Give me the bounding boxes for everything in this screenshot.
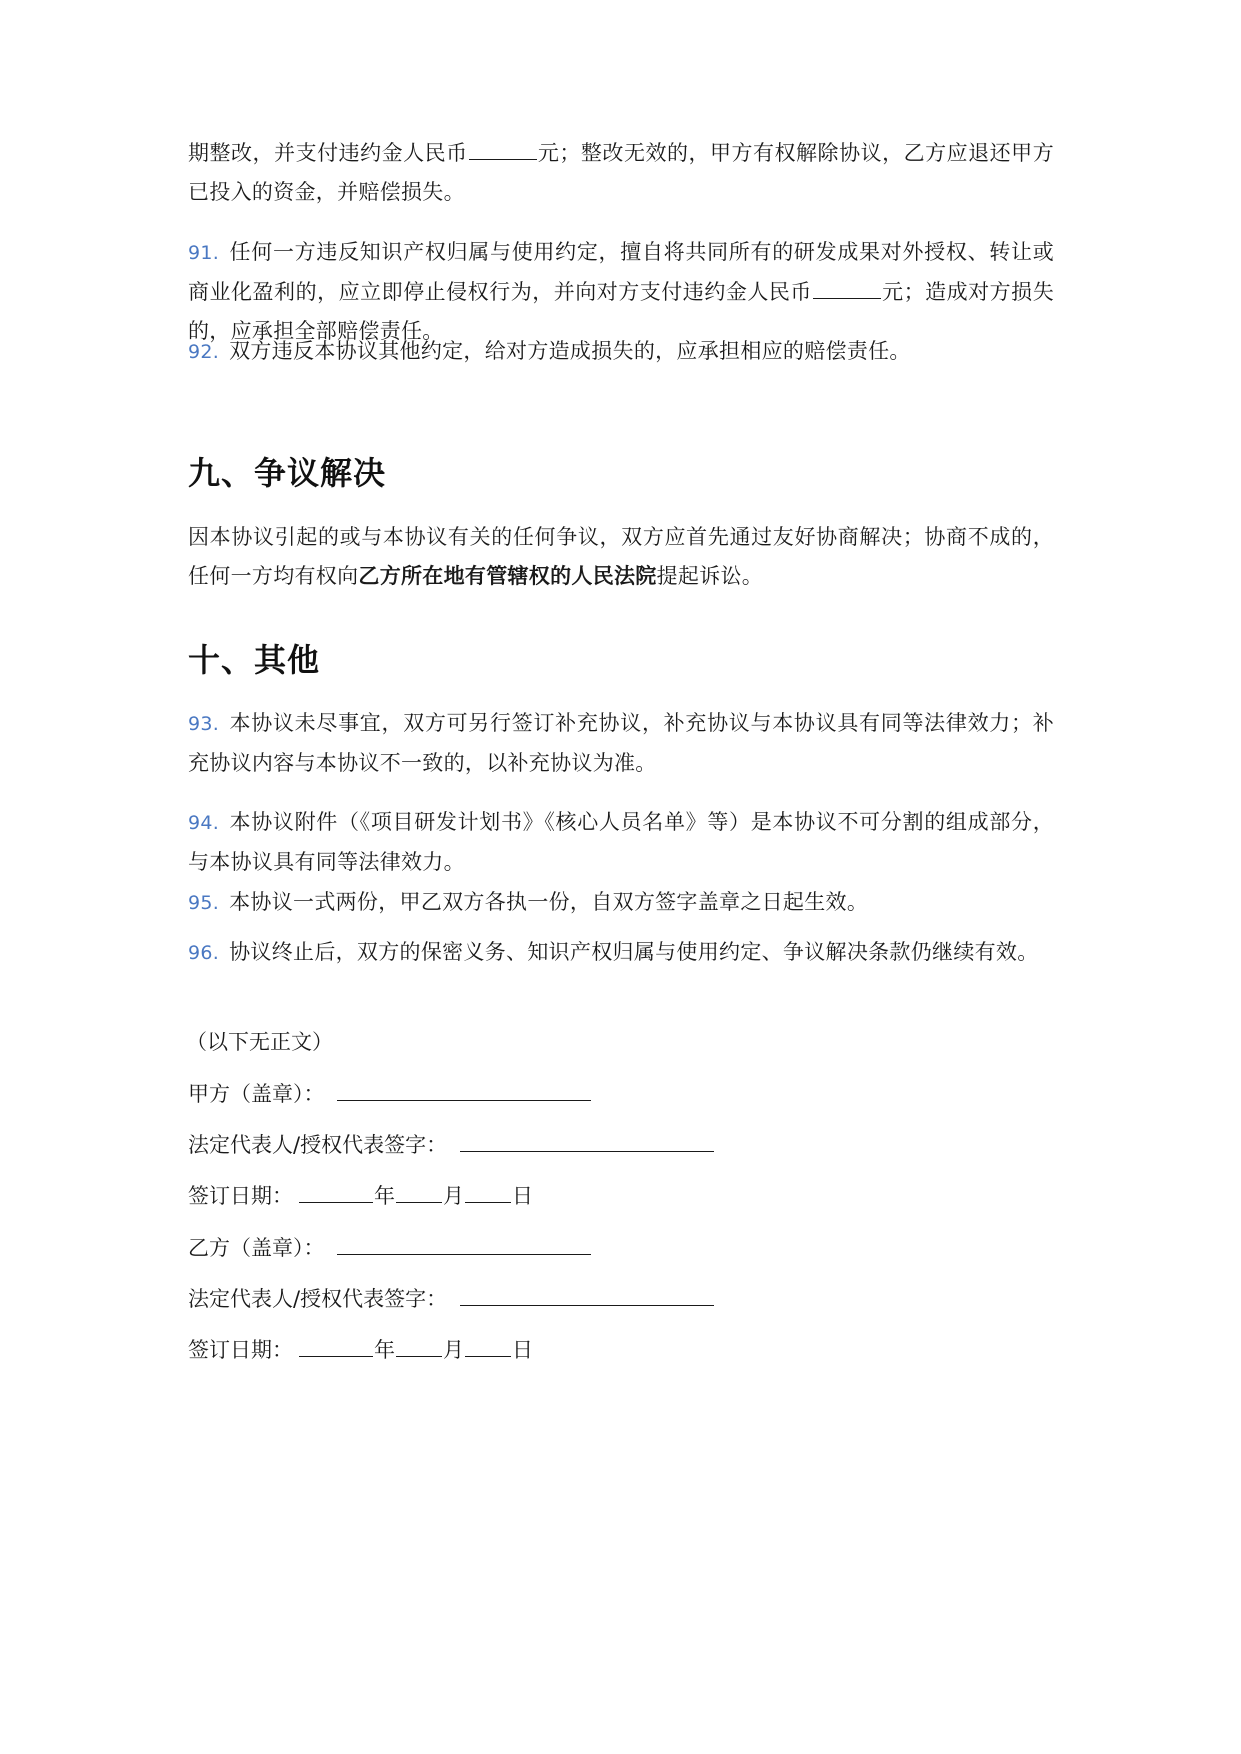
end-note: （以下无正文） bbox=[186, 1027, 333, 1057]
section-heading-dispute: 九、争议解决 bbox=[188, 448, 386, 494]
dispute-court-bold: 乙方所在地有管辖权的人民法院 bbox=[358, 564, 656, 588]
party-a-seal-row: 甲方（盖章）： bbox=[188, 1078, 592, 1109]
penalty-amount-blank[interactable] bbox=[813, 276, 881, 299]
clause-text: 本协议未尽事宜，双方可另行签订补充协议，补充协议与本协议具有同等法律效力；补充协… bbox=[188, 711, 1054, 775]
month-label: 月 bbox=[443, 1338, 464, 1362]
dispute-paragraph: 因本协议引起的或与本协议有关的任何争议，双方应首先通过友好协商解决；协商不成的，… bbox=[188, 518, 1054, 596]
party-b-rep-signature-blank[interactable] bbox=[460, 1283, 714, 1306]
party-a-seal-blank[interactable] bbox=[337, 1078, 591, 1101]
month-label: 月 bbox=[443, 1184, 464, 1208]
clause-number: 96. bbox=[188, 942, 219, 964]
clause-96: 96.协议终止后，双方的保密义务、知识产权归属与使用约定、争议解决条款仍继续有效… bbox=[188, 933, 1054, 973]
party-a-rep-row: 法定代表人/授权代表签字： bbox=[188, 1129, 715, 1160]
clause-95: 95.本协议一式两份，甲乙双方各执一份，自双方签字盖章之日起生效。 bbox=[188, 883, 1054, 923]
section-heading-other: 十、其他 bbox=[188, 635, 320, 681]
clause-number: 95. bbox=[188, 892, 219, 914]
clause-text: 协议终止后，双方的保密义务、知识产权归属与使用约定、争议解决条款仍继续有效。 bbox=[229, 940, 1038, 964]
dispute-text-2: 提起诉讼。 bbox=[657, 564, 764, 588]
party-a-day-blank[interactable] bbox=[465, 1180, 511, 1203]
party-a-rep-label: 法定代表人/授权代表签字： bbox=[188, 1133, 447, 1157]
party-b-rep-label: 法定代表人/授权代表签字： bbox=[188, 1287, 447, 1311]
party-a-rep-signature-blank[interactable] bbox=[460, 1129, 714, 1152]
clause-92: 92.双方违反本协议其他约定，给对方造成损失的，应承担相应的赔偿责任。 bbox=[188, 332, 1054, 372]
clause-number: 94. bbox=[188, 812, 219, 834]
clause-number: 92. bbox=[188, 341, 219, 363]
party-b-date-row: 签订日期：年月日 bbox=[188, 1334, 533, 1365]
clause-text: 本协议附件（《项目研发计划书》《核心人员名单》等）是本协议不可分割的组成部分，与… bbox=[188, 810, 1054, 874]
clause-93: 93.本协议未尽事宜，双方可另行签订补充协议，补充协议与本协议具有同等法律效力；… bbox=[188, 704, 1054, 783]
clause-number: 93. bbox=[188, 713, 219, 735]
year-label: 年 bbox=[374, 1184, 395, 1208]
day-label: 日 bbox=[512, 1338, 533, 1362]
continuation-text-1: 期整改，并支付违约金人民币 bbox=[188, 141, 468, 165]
party-b-rep-row: 法定代表人/授权代表签字： bbox=[188, 1283, 715, 1314]
party-b-seal-label: 乙方（盖章）： bbox=[188, 1236, 325, 1260]
party-a-month-blank[interactable] bbox=[396, 1180, 442, 1203]
party-a-year-blank[interactable] bbox=[299, 1180, 373, 1203]
party-b-year-blank[interactable] bbox=[299, 1334, 373, 1357]
party-a-date-label: 签订日期： bbox=[188, 1184, 293, 1208]
party-a-seal-label: 甲方（盖章）： bbox=[188, 1082, 325, 1106]
clause-text: 双方违反本协议其他约定，给对方造成损失的，应承担相应的赔偿责任。 bbox=[229, 339, 911, 363]
year-label: 年 bbox=[374, 1338, 395, 1362]
clause-94: 94.本协议附件（《项目研发计划书》《核心人员名单》等）是本协议不可分割的组成部… bbox=[188, 803, 1054, 882]
party-b-month-blank[interactable] bbox=[396, 1334, 442, 1357]
clause-text: 本协议一式两份，甲乙双方各执一份，自双方签字盖章之日起生效。 bbox=[229, 890, 868, 914]
day-label: 日 bbox=[512, 1184, 533, 1208]
continuation-paragraph: 期整改，并支付违约金人民币元；整改无效的，甲方有权解除协议，乙方应退还甲方已投入… bbox=[188, 134, 1054, 212]
clause-number: 91. bbox=[188, 242, 219, 264]
party-b-date-label: 签订日期： bbox=[188, 1338, 293, 1362]
party-b-seal-blank[interactable] bbox=[337, 1232, 591, 1255]
party-a-date-row: 签订日期：年月日 bbox=[188, 1180, 533, 1211]
party-b-day-blank[interactable] bbox=[465, 1334, 511, 1357]
party-b-seal-row: 乙方（盖章）： bbox=[188, 1232, 592, 1263]
penalty-amount-blank[interactable] bbox=[469, 137, 537, 160]
